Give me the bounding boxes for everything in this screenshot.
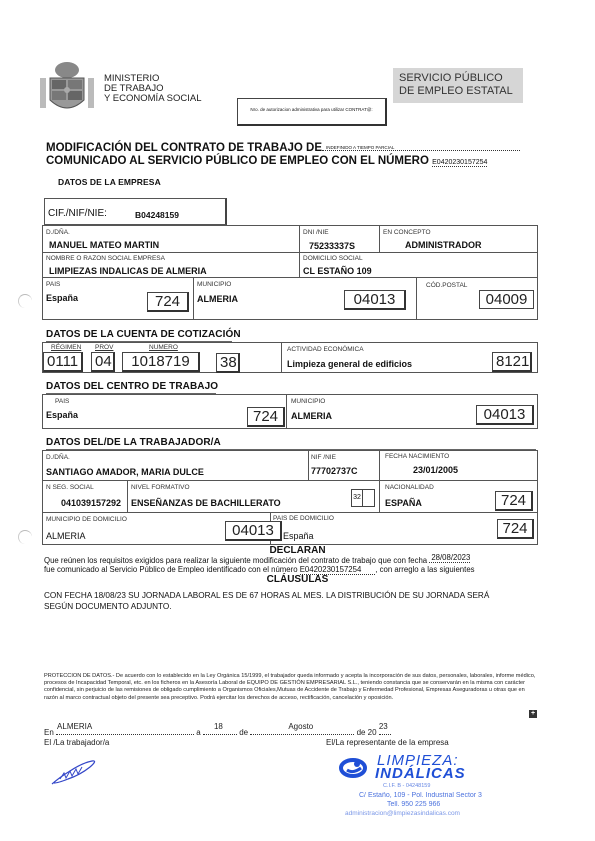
nss-value: 041039157292 [61,498,121,508]
municipio-value: ALMERIA [291,411,332,421]
cif-label: CIF./NIF/NIE: [48,208,107,219]
stamp-logo-icon [339,756,369,778]
nivel-code: 32 [351,489,363,507]
concepto-value: ADMINISTRADOR [405,240,482,250]
contract-type: INDEFINIDO A TIEMPO PARCIAL [326,141,394,154]
proteccion-title: PROTECCION DE DATOS.- [44,673,114,679]
cif-value: B04248159 [135,210,179,220]
stamp-address: C/ Estaño, 109 - Pol. Industrial Sector … [359,792,482,799]
nif-label: NIF /NIE [311,454,336,461]
municipio-code: 04013 [344,290,406,310]
pais-value: España [46,293,78,303]
proteccion-text: De acuerdo con lo establecido en la Ley … [44,673,535,701]
dona-value: SANTIAGO AMADOR, MARIA DULCE [46,467,204,477]
firma-line: En ALMERIA a 18 de Agosto de 20 23 [44,727,391,737]
nacionalidad-code: 724 [495,491,533,511]
empresa-table: D./DÑA. MANUEL MATEO MARTIN DNI /NIE 752… [42,225,538,320]
mun-dom-value: ALMERIA [46,531,86,541]
de20-label: de 20 [357,728,377,737]
regimen-value: 0111 [43,352,83,372]
cp-label: CÓD.POSTAL [426,282,467,289]
stamp-email: administracion@limpiezasindalicas.com [345,810,460,817]
ministry-name: MINISTERIO DE TRABAJO Y ECONOMÍA SOCIAL [104,74,202,104]
nss-label: N SEG. SOCIAL [46,484,94,491]
prov-value: 04 [91,352,115,372]
cotizacion-table: RÉGIMEN 0111 PROV 04 NUMERO 1018719 38 A… [42,342,538,373]
mun-dom-label: MUNICIPIO DE DOMICILIO [46,516,127,523]
actividad-label: ACTIVIDAD ECONÓMICA [287,346,364,353]
section-empresa-title: DATOS DE LA EMPRESA [58,177,161,187]
clausulas-title: CLÁUSULAS [0,574,595,585]
firma-anio: 23 [379,722,388,731]
trabajador-table: D./DÑA. SANTIAGO AMADOR, MARIA DULCE NIF… [42,450,538,545]
section-cotizacion-title: DATOS DE LA CUENTA DE COTIZACIÓN [46,329,241,340]
municipio-value: ALMERIA [197,294,238,304]
expand-icon[interactable]: + [529,710,537,718]
title-line1: MODIFICACIÓN DEL CONTRATO DE TRABAJO DE [46,142,322,154]
representante-signature-label: El/La representante de la empresa [326,738,449,747]
nacimiento-value: 23/01/2005 [413,465,458,475]
firma-lugar: ALMERIA [57,722,92,731]
nivel-label: NIVEL FORMATIVO [131,484,190,491]
worker-signature [50,757,98,787]
declaran-line2b: , con arreglo a las siguientes [375,565,474,574]
cp-value: 04009 [479,290,534,309]
authorization-box: Nro. de autorizacion administrativa para… [237,98,387,126]
dni-label: DNI /NIE [303,229,329,236]
section-centro-title: DATOS DEL CENTRO DE TRABAJO [46,381,218,392]
pais-label: PAIS [55,398,69,405]
numero-label: NUMERO [149,344,178,351]
centro-table: PAIS España 724 MUNICIPIO ALMERIA 04013 [42,394,538,429]
en-label: En [44,728,54,737]
declaran-text: Que reúnen los requisitos exigidos para … [44,556,544,574]
pais-value: España [46,410,78,420]
actividad-value: Limpieza general de edificios [287,359,412,369]
cif-box: CIF./NIF/NIE: B04248159 [44,198,227,225]
razon-value: LIMPIEZAS INDALICAS DE ALMERIA [49,266,207,276]
a-label: a [196,728,200,737]
proteccion-datos: PROTECCION DE DATOS.- De acuerdo con lo … [44,673,536,702]
pais-label: PAIS [46,281,60,288]
title-line2: COMUNICADO AL SERVICIO PÚBLICO DE EMPLEO… [46,155,429,167]
dc-value: 38 [216,353,240,373]
mun-dom-code: 04013 [225,521,282,541]
declaran-line1: Que reúnen los requisitos exigidos para … [44,556,427,565]
nacionalidad-label: NACIONALIDAD [385,484,434,491]
pais-code: 724 [247,407,285,427]
authorization-label: Nro. de autorizacion administrativa para… [250,107,372,112]
prov-label: PROV [95,344,113,351]
nif-value: 77702737C [311,466,358,476]
dona-value: MANUEL MATEO MARTIN [49,240,159,250]
document-title: MODIFICACIÓN DEL CONTRATO DE TRABAJO DEI… [46,141,520,169]
regimen-label: RÉGIMEN [51,344,81,351]
contract-number: E0420230157254 [432,159,487,167]
stamp-cif: C.I.F. B - 04248159 [383,783,430,789]
dni-value: 75233337S [309,241,355,251]
sepe-line: DE EMPLEO ESTATAL [399,85,517,98]
firma-mes: Agosto [288,722,313,731]
nivel-value: ENSEÑANZAS DE BACHILLERATO [131,498,281,508]
punch-hole [18,294,32,308]
sepe-logo: SERVICIO PÚBLICO DE EMPLEO ESTATAL [393,68,523,103]
section-trabajador-title: DATOS DEL/DE LA TRABAJADOR/A [46,437,221,448]
clausulas-text: CON FECHA 18/08/23 SU JORNADA LABORAL ES… [44,590,504,612]
stamp-line2: INDÁLICAS [375,766,466,781]
domicilio-value: CL ESTAÑO 109 [303,266,372,276]
pais-code: 724 [147,292,189,312]
declaran-title: DECLARAN [0,545,595,556]
company-stamp: LIMPIEZA: INDÁLICAS C.I.F. B - 04248159 … [335,750,535,825]
pais-dom-code: 724 [497,519,534,539]
numero-value: 1018719 [122,352,200,372]
punch-hole [18,530,32,544]
stamp-phone: Tell. 950 225 966 [387,801,440,808]
pais-dom-label: PAIS DE DOMICILIO [273,515,334,522]
actividad-code: 8121 [492,352,532,372]
coat-of-arms-icon [38,60,96,118]
nacimiento-label: FECHA NACIMIENTO [385,453,449,460]
firma-dia: 18 [214,722,223,731]
nacionalidad-value: ESPAÑA [385,498,422,508]
pais-dom-value: España [283,531,314,541]
de-label: de [239,728,248,737]
declaran-line2a: fue comunicado al Servicio Público de Em… [44,565,298,574]
domicilio-label: DOMICILIO SOCIAL [303,255,363,262]
sepe-line: SERVICIO PÚBLICO [399,72,517,85]
razon-label: NOMBRE O RAZON SOCIAL EMPRESA [46,255,165,262]
trabajador-signature-label: El /La trabajador/a [44,738,109,747]
ministry-line: Y ECONOMÍA SOCIAL [104,94,202,104]
municipio-label: MUNICIPIO [197,281,231,288]
concepto-label: EN CONCEPTO [383,229,431,236]
municipio-code: 04013 [476,405,534,425]
declaran-fecha: 28/08/2023 [429,553,470,563]
dona-label: D./DÑA. [46,229,70,236]
dona-label: D./DÑA. [46,454,70,461]
municipio-label: MUNICIPIO [291,398,325,405]
